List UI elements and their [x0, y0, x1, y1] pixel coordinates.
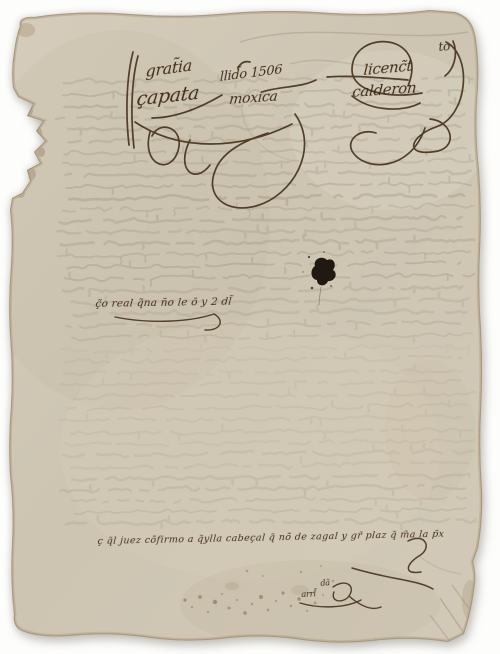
notary-rubric-top: dã [320, 578, 330, 588]
marginal-note: ç̃o real q̃na n̄o le ō y 2 dl̃ [95, 296, 232, 310]
folio-mark: to [438, 39, 450, 54]
manuscript-photo: grat̃ia çapata llid̃o 1506 moxica licenc… [0, 0, 500, 654]
notary-rubric-bottom: arrl̃ [301, 589, 316, 600]
